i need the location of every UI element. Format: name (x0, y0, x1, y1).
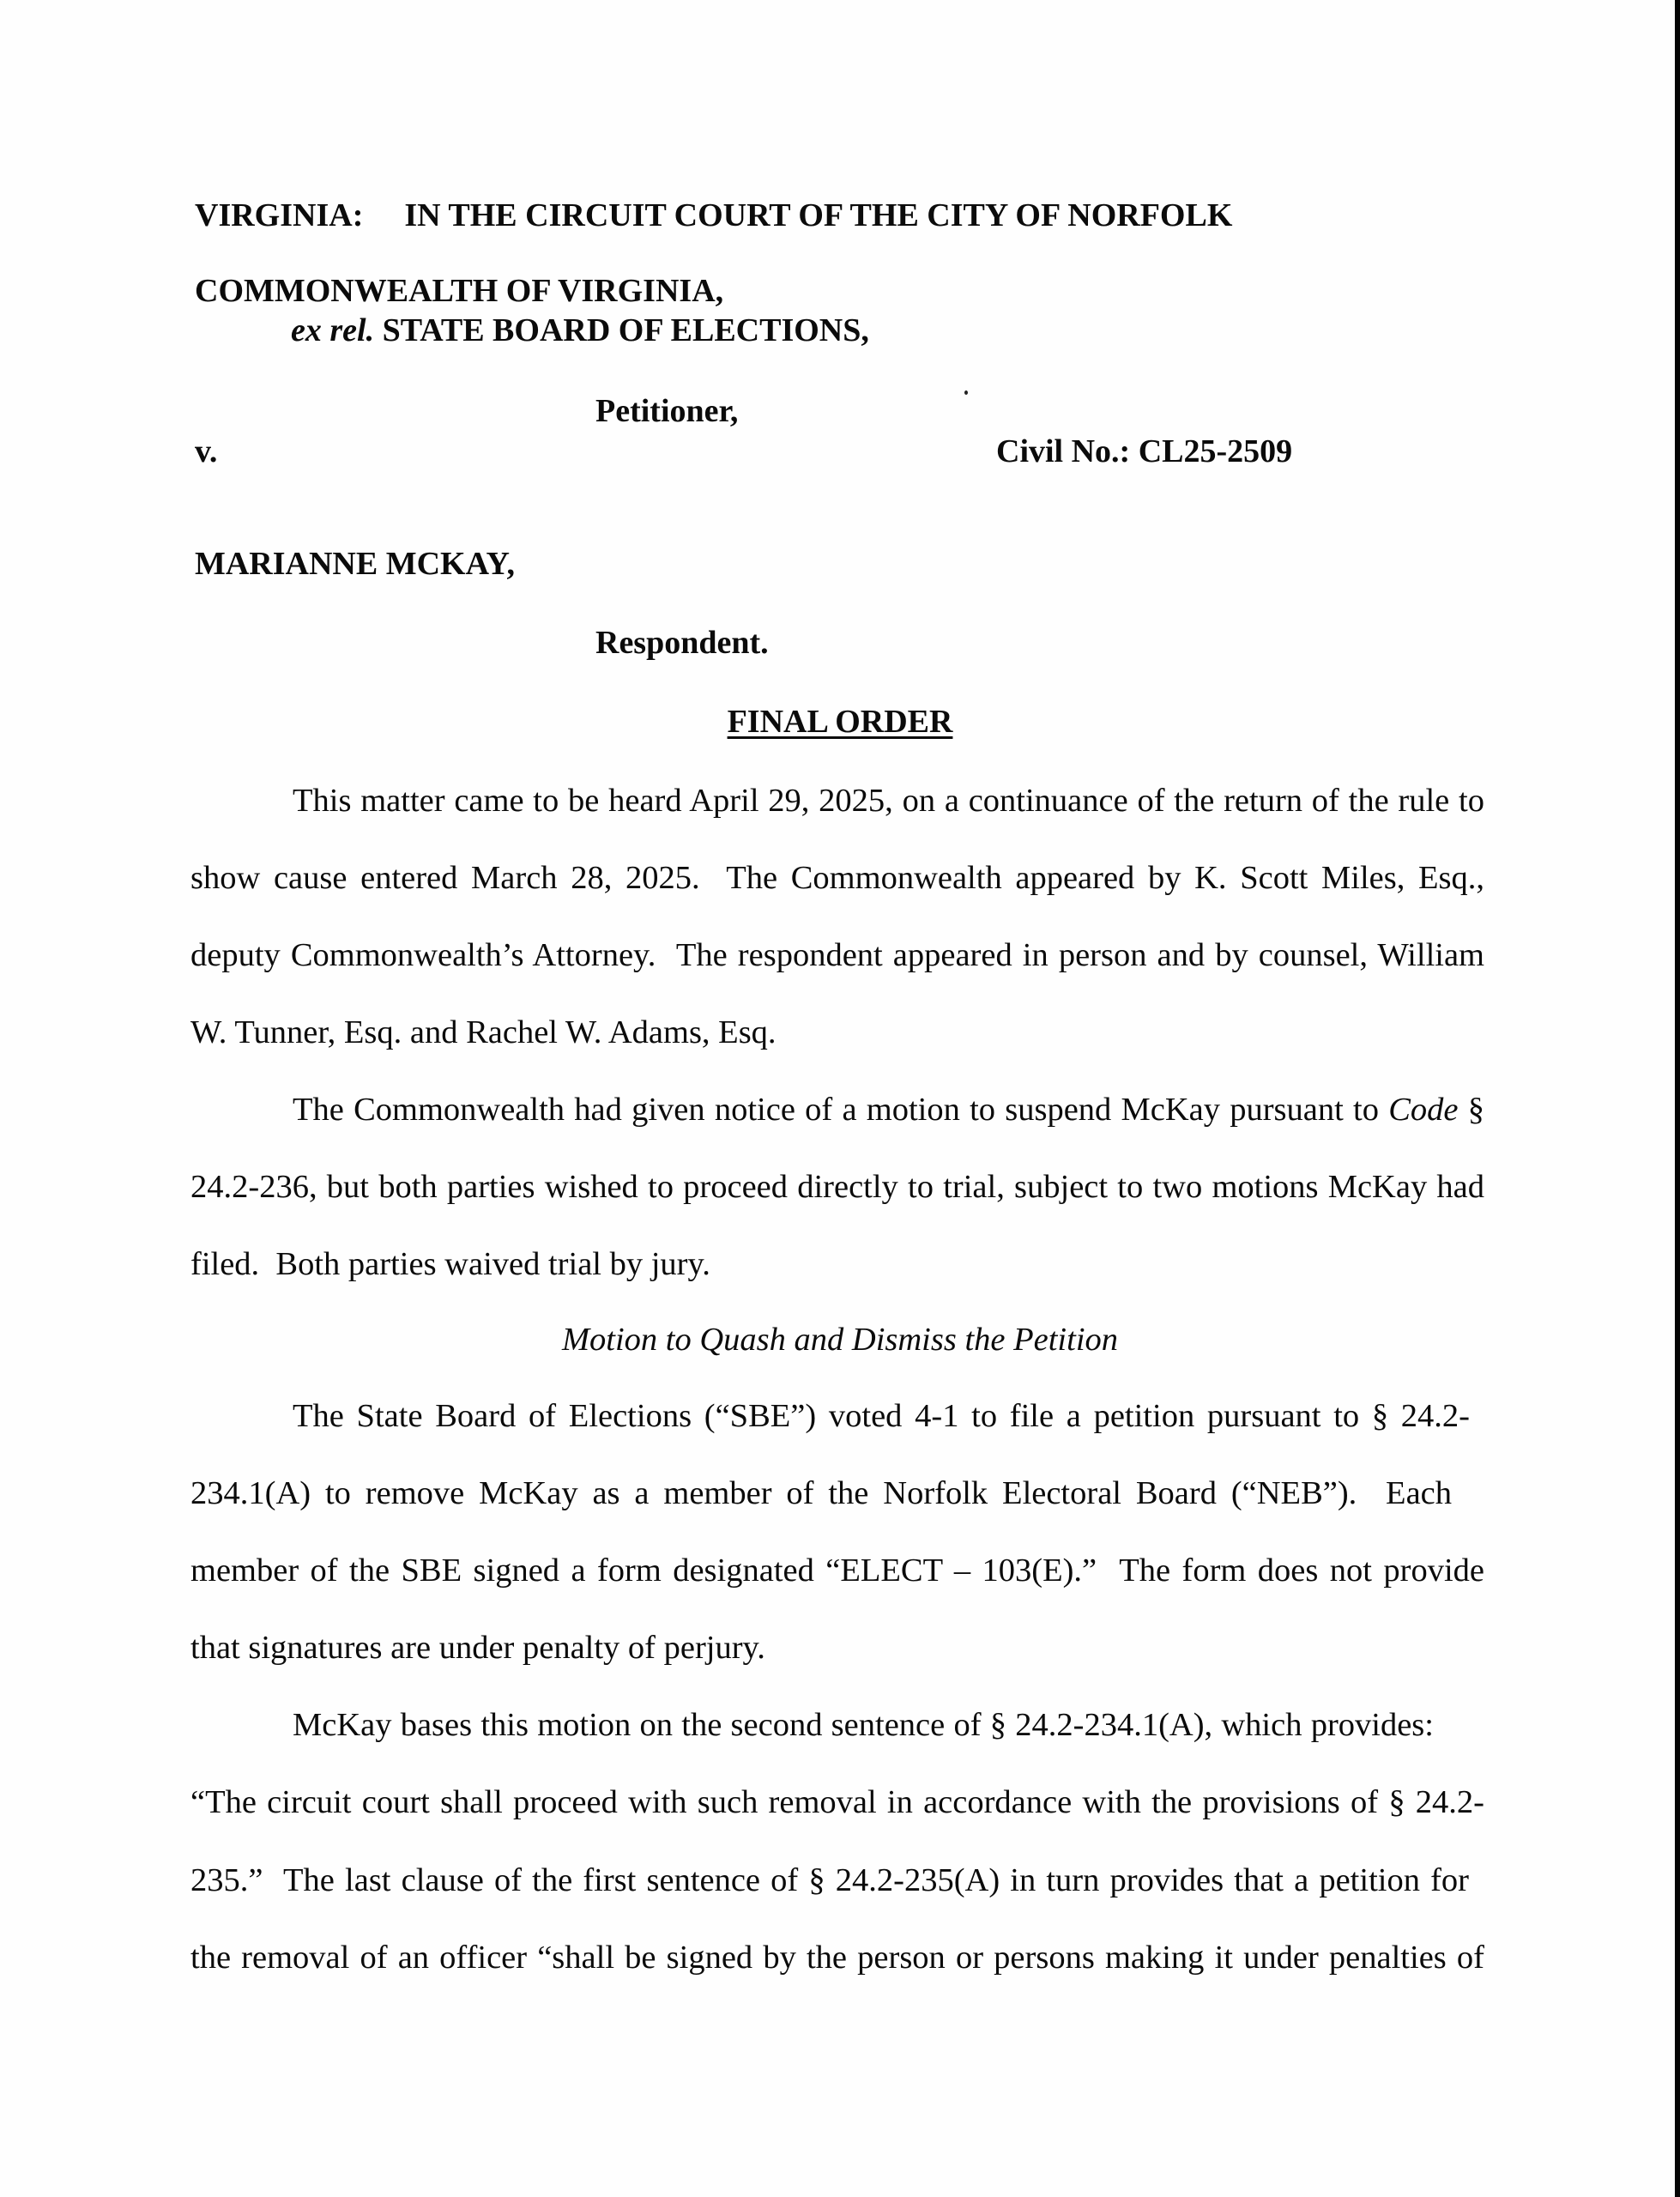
paragraph-2-line-2: 24.2-236, but both parties wished to pro… (190, 1171, 1484, 1204)
paragraph-4-line-2: “The circuit court shall proceed with su… (190, 1786, 1484, 1819)
court-state-label: VIRGINIA: (195, 197, 363, 233)
paragraph-1-line-2: show cause entered March 28, 2025. The C… (190, 862, 1484, 895)
code-citation: Code (1388, 1092, 1458, 1128)
versus-label: v. (195, 435, 217, 468)
paragraph-2-line-3: filed. Both parties waived trial by jury… (190, 1248, 1484, 1281)
document-title-text: FINAL ORDER (728, 704, 953, 740)
respondent-role: Respondent. (595, 626, 769, 659)
court-name: IN THE CIRCUIT COURT OF THE CITY OF NORF… (404, 197, 1232, 233)
paragraph-1-line-4: W. Tunner, Esq. and Rachel W. Adams, Esq… (190, 1016, 1484, 1050)
paragraph-3-line-2: 234.1(A) to remove McKay as a member of … (190, 1477, 1452, 1510)
paragraph-3-line-3: member of the SBE signed a form designat… (190, 1554, 1484, 1588)
paragraph-4-line-1: McKay bases this motion on the second se… (293, 1709, 1434, 1742)
paragraph-2-text: The Commonwealth had given notice of a m… (293, 1092, 1388, 1128)
paragraph-3-line-4: that signatures are under penalty of per… (190, 1631, 1484, 1665)
ex-rel-label: ex rel. (291, 312, 374, 348)
paragraph-1-line-1: This matter came to be heard April 29, 2… (293, 784, 1484, 818)
petitioner-name: COMMONWEALTH OF VIRGINIA, (195, 275, 723, 307)
scan-border (1675, 0, 1680, 2197)
scan-speck (964, 390, 968, 395)
respondent-name: MARIANNE MCKAY, (195, 548, 515, 580)
paragraph-2-line-1: The Commonwealth had given notice of a m… (293, 1093, 1484, 1127)
paragraph-4-line-3: 235.” The last clause of the first sente… (190, 1864, 1469, 1897)
paragraph-4-line-4: the removal of an officer “shall be sign… (190, 1941, 1484, 1975)
document-title: FINAL ORDER (0, 705, 1680, 738)
paragraph-3-line-1: The State Board of Elections (“SBE”) vot… (293, 1400, 1470, 1433)
section-heading: Motion to Quash and Dismiss the Petition (0, 1323, 1680, 1357)
section-symbol: § (1459, 1092, 1484, 1128)
document-page: VIRGINIA:IN THE CIRCUIT COURT OF THE CIT… (0, 0, 1680, 2197)
petitioner-relator: ex rel. STATE BOARD OF ELECTIONS, (291, 314, 869, 347)
paragraph-1-line-3: deputy Commonwealth’s Attorney. The resp… (190, 939, 1484, 972)
case-number: Civil No.: CL25-2509 (996, 435, 1292, 468)
relator-name: STATE BOARD OF ELECTIONS, (374, 312, 869, 348)
court-jurisdiction: VIRGINIA:IN THE CIRCUIT COURT OF THE CIT… (195, 199, 1232, 232)
petitioner-role: Petitioner, (595, 395, 738, 427)
